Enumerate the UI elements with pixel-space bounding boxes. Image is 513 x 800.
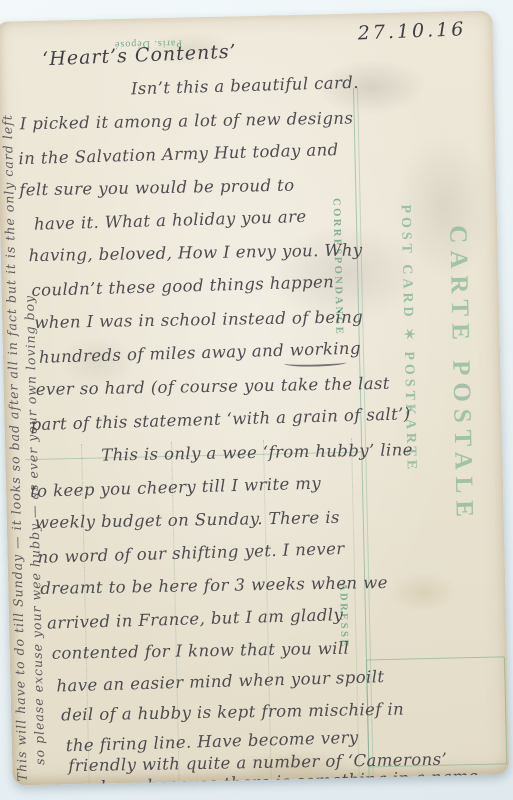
- handwriting-line: have it. What a holiday you are: [34, 207, 307, 234]
- handwriting-line: dreamt to be here for 3 weeks when we: [40, 573, 388, 598]
- underline-working: [284, 359, 346, 367]
- postcard: CORRESPONDANCE ADRESSE POST CARD ✶ POSTK…: [0, 10, 510, 785]
- handwriting-line: ever so hard (of course you take the las…: [36, 374, 390, 399]
- printed-title-postcard-postkarte: POST CARD ✶ POSTKARTE: [397, 204, 420, 473]
- handwriting-line: felt sure you would be proud to: [19, 176, 295, 200]
- printed-title-carte-postale: CARTE POSTALE: [443, 225, 478, 524]
- handwriting-line: to keep you cheery till I write my: [30, 474, 322, 501]
- paper-stain: [388, 571, 459, 613]
- handwriting-line: couldn’t these good things happen: [31, 272, 334, 300]
- handwriting-line: having, beloved, How I envy you. Why: [29, 240, 363, 265]
- handwriting-line: I picked it among a lot of new designs: [20, 109, 354, 134]
- handwriting-line: have an easier mind when your spoilt: [56, 667, 384, 695]
- handwriting-line: part of this statement ‘with a grain of …: [30, 404, 411, 434]
- scanned-postcard-photo: CORRESPONDANCE ADRESSE POST CARD ✶ POSTK…: [0, 0, 513, 800]
- handwriting-line: in the Salvation Army Hut today and: [18, 140, 339, 168]
- handwriting-line: contented for I know that you will: [52, 639, 350, 663]
- handwriting-line: when I was in school instead of being: [34, 307, 363, 332]
- handwritten-date: 27.10.16: [357, 18, 466, 44]
- handwriting-line: Isn’t this a beautiful card.: [131, 73, 359, 99]
- handwriting-line: deil of a hubby is kept from mischief in: [61, 700, 404, 725]
- handwriting-line: weekly budget on Sunday. There is: [35, 508, 340, 532]
- handwriting-line: arrived in France, but I am gladly: [47, 605, 344, 633]
